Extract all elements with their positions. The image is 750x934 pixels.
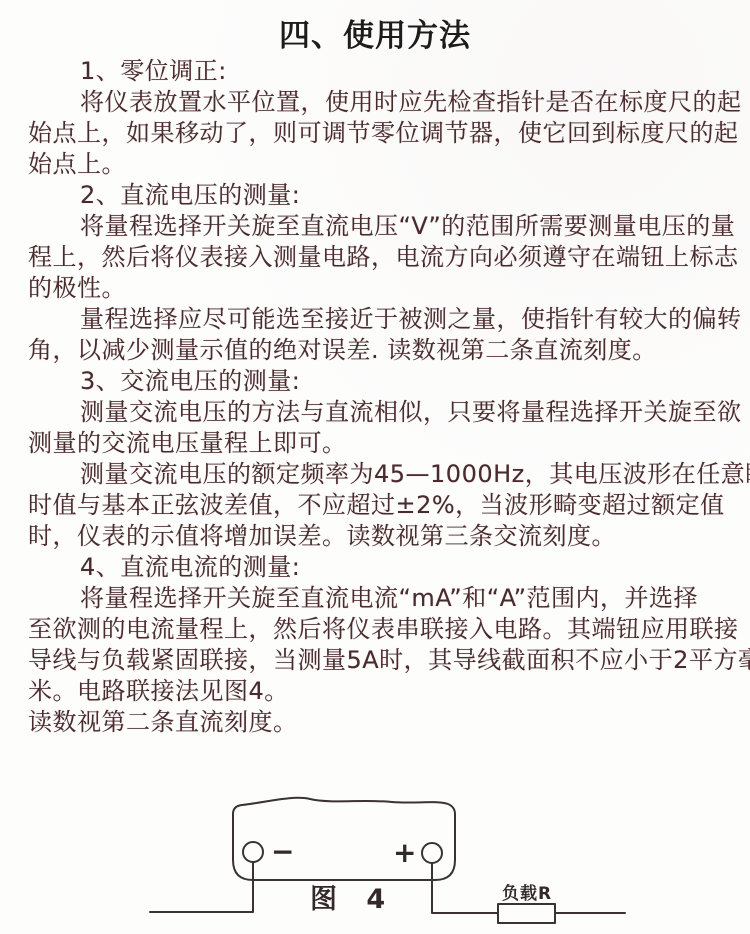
text-line: 的极性。 (28, 273, 722, 304)
text-line: 导线与负载紧固联接，当测量5A时，其导线截面积不应小于2平方毫 (28, 645, 722, 676)
text-line: 4、直流电流的测量: (28, 552, 722, 583)
meter-body-outline (233, 798, 455, 880)
figure-4-diagram: − + 负载R 图 4 (0, 780, 750, 934)
text-line: 角，以减少测量示值的绝对误差. 读数视第二条直流刻度。 (28, 335, 722, 366)
load-resistor-label: 负载R (502, 883, 552, 904)
text-line: 2、直流电压的测量: (28, 180, 722, 211)
text-line: 始点上。 (28, 149, 722, 180)
text-line: 测量交流电压的额定频率为45—1000Hz，其电压波形在任意瞬 (28, 459, 722, 490)
text-line: 时值与基本正弦波差值，不应超过±2%，当波形畸变超过额定值 (28, 490, 722, 521)
text-line: 将仪表放置水平位置，使用时应先检查指针是否在标度尺的起 (28, 87, 722, 118)
text-line: 至欲测的电流量程上，然后将仪表串联接入电路。其端钮应用联接 (28, 614, 722, 645)
negative-terminal-icon (243, 842, 263, 862)
text-line: 测量的交流电压量程上即可。 (28, 428, 722, 459)
text-line: 时，仪表的示值将增加误差。读数视第三条交流刻度。 (28, 521, 722, 552)
text-line: 测量交流电压的方法与直流相似，只要将量程选择开关旋至欲 (28, 397, 722, 428)
body-text-block: 1、零位调正: 将仪表放置水平位置，使用时应先检查指针是否在标度尺的起 始点上，… (28, 56, 722, 738)
figure-caption: 图 4 (310, 884, 395, 915)
minus-sign-label: − (271, 835, 294, 868)
text-line: 3、交流电压的测量: (28, 366, 722, 397)
text-line: 程上，然后将仪表接入测量电路，电流方向必须遵守在端钮上标志 (28, 242, 722, 273)
text-line: 读数视第二条直流刻度。 (28, 707, 722, 738)
load-resistor (498, 904, 555, 923)
text-line: 1、零位调正: (28, 56, 722, 87)
positive-terminal-icon (422, 843, 442, 863)
page-title: 四、使用方法 (0, 10, 750, 55)
text-line: 米。电路联接法见图4。 (28, 676, 722, 707)
text-line: 量程选择应尽可能选至接近于被测之量，使指针有较大的偏转 (28, 304, 722, 335)
text-line: 将量程选择开关旋至直流电流“mA”和“A”范围内，并选择 (28, 583, 722, 614)
circuit-diagram-svg: − + 负载R 图 4 (0, 780, 750, 934)
right-lead-wire (432, 863, 498, 913)
left-lead-wire (150, 862, 253, 912)
scanned-manual-page: 四、使用方法 1、零位调正: 将仪表放置水平位置，使用时应先检查指针是否在标度尺… (0, 0, 750, 934)
text-line: 始点上，如果移动了，则可调节零位调节器，使它回到标度尺的起 (28, 118, 722, 149)
text-line: 将量程选择开关旋至直流电压“V”的范围所需要测量电压的量 (28, 211, 722, 242)
plus-sign-label: + (393, 836, 416, 869)
